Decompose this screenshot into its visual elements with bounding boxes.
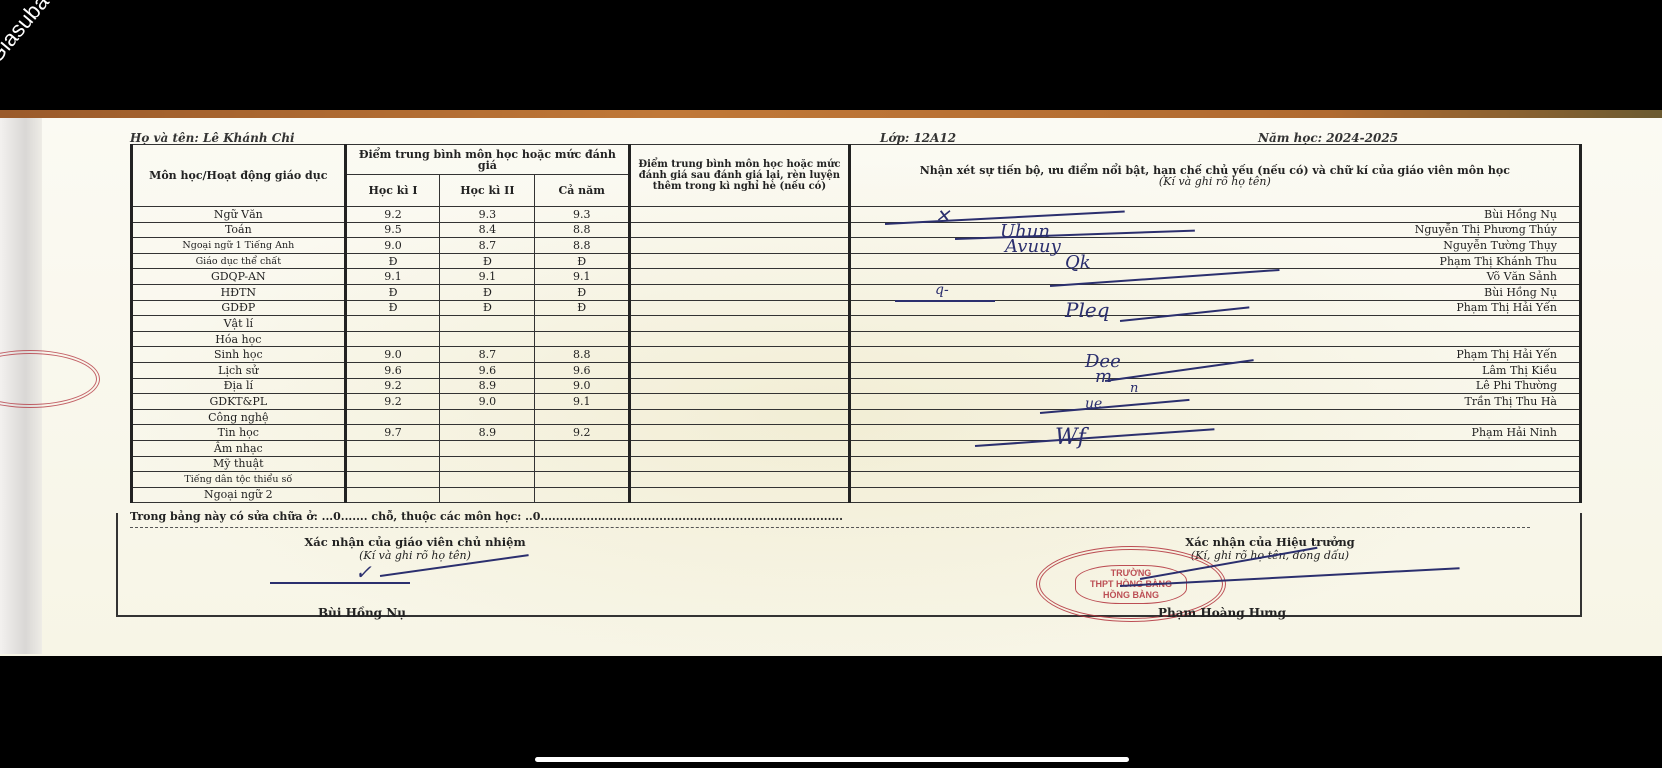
score-retest [630, 284, 850, 300]
score-hk2: 9.1 [440, 269, 535, 285]
score-hk2: 8.7 [440, 238, 535, 254]
score-year: 9.1 [535, 394, 630, 410]
teacher-name: Bùi Hồng Nụ [849, 284, 1580, 300]
score-hk1 [345, 472, 440, 488]
bottom-black-bar [0, 656, 1662, 768]
subject-name: Mỹ thuật [132, 456, 346, 472]
score-hk1: 9.7 [345, 425, 440, 441]
score-retest [630, 207, 850, 223]
score-hk2: Đ [440, 284, 535, 300]
teacher-name [849, 409, 1580, 425]
table-row: Mỹ thuật [132, 456, 1581, 472]
subject-name: Âm nhạc [132, 440, 346, 456]
score-retest [630, 440, 850, 456]
score-retest [630, 394, 850, 410]
score-hk1: 9.1 [345, 269, 440, 285]
subject-name: Địa lí [132, 378, 346, 394]
score-retest [630, 269, 850, 285]
score-retest [630, 487, 850, 503]
top-black-bar [0, 0, 1662, 112]
score-hk2: 9.0 [440, 394, 535, 410]
score-hk2 [440, 316, 535, 332]
score-year [535, 472, 630, 488]
header-average-group: Điểm trung bình môn học hoặc mức đánh gi… [345, 145, 630, 175]
score-hk2 [440, 456, 535, 472]
teacher-name: Trần Thị Thu Hà [849, 394, 1580, 410]
table-row: GDKT&PL 9.2 9.0 9.1 Trần Thị Thu Hà [132, 394, 1581, 410]
subject-name: Hóa học [132, 331, 346, 347]
table-row: Toán 9.5 8.4 8.8 Nguyễn Thị Phương Thúy [132, 222, 1581, 238]
table-row: Tiếng dân tộc thiểu số [132, 472, 1581, 488]
table-row: Giáo dục thể chất Đ Đ Đ Phạm Thị Khánh T… [132, 253, 1581, 269]
score-hk2: 8.4 [440, 222, 535, 238]
score-hk2: 8.7 [440, 347, 535, 363]
subject-name: GDĐP [132, 300, 346, 316]
score-hk2: 9.3 [440, 207, 535, 223]
table-row: GDĐP Đ Đ Đ Phạm Thị Hải Yến [132, 300, 1581, 316]
score-year: 9.0 [535, 378, 630, 394]
score-year: 8.8 [535, 238, 630, 254]
teacher-name [849, 487, 1580, 503]
signature-stroke [895, 300, 995, 302]
score-year: 9.2 [535, 425, 630, 441]
score-year: 9.6 [535, 362, 630, 378]
score-hk2: 8.9 [440, 378, 535, 394]
teacher-name: Võ Văn Sảnh [849, 269, 1580, 285]
score-retest [630, 331, 850, 347]
score-year: Đ [535, 300, 630, 316]
stamp-line-1: TRƯỜNG [1090, 568, 1172, 579]
teacher-name: Phạm Thị Hải Yến [849, 347, 1580, 363]
score-hk1: 9.2 [345, 378, 440, 394]
table-row: Công nghệ [132, 409, 1581, 425]
score-hk2 [440, 409, 535, 425]
score-year: 9.3 [535, 207, 630, 223]
table-row: HĐTN Đ Đ Đ Bùi Hồng Nụ [132, 284, 1581, 300]
table-row: Lịch sử 9.6 9.6 9.6 Lâm Thị Kiều [132, 362, 1581, 378]
score-hk2 [440, 472, 535, 488]
teacher-name: Phạm Thị Hải Yến [849, 300, 1580, 316]
table-row: Âm nhạc [132, 440, 1581, 456]
score-hk2: Đ [440, 253, 535, 269]
subject-name: Công nghệ [132, 409, 346, 425]
header-subject: Môn học/Hoạt động giáo dục [132, 145, 346, 207]
score-hk2: 9.6 [440, 362, 535, 378]
score-year [535, 487, 630, 503]
subject-name: Ngoại ngữ 2 [132, 487, 346, 503]
homeroom-teacher-name: Bùi Hồng Nụ [318, 606, 406, 620]
table-edge [0, 110, 1662, 118]
subject-name: GDKT&PL [132, 394, 346, 410]
score-retest [630, 378, 850, 394]
score-retest [630, 238, 850, 254]
header-retest: Điểm trung bình môn học hoặc mức đánh gi… [630, 145, 850, 207]
teacher-name [849, 331, 1580, 347]
subject-name: Ngữ Văn [132, 207, 346, 223]
subject-name: Sinh học [132, 347, 346, 363]
score-hk1: Đ [345, 253, 440, 269]
score-retest [630, 456, 850, 472]
teacher-name [849, 472, 1580, 488]
subject-name: Lịch sử [132, 362, 346, 378]
score-retest [630, 472, 850, 488]
score-hk2 [440, 487, 535, 503]
score-hk1 [345, 316, 440, 332]
header-comment-text: Nhận xét sự tiến bộ, ưu điểm nổi bật, hạ… [855, 165, 1575, 176]
score-hk1 [345, 456, 440, 472]
confirmation-section [116, 513, 1582, 617]
score-hk1: 9.2 [345, 394, 440, 410]
class-label: Lớp: 12A12 [880, 131, 956, 145]
score-retest [630, 425, 850, 441]
stamp-line-3: HỒNG BÀNG [1090, 590, 1172, 601]
corrections-note: Trong bảng này có sửa chữa ở: ...0......… [130, 510, 1530, 528]
header-full-year: Cả năm [535, 175, 630, 207]
table-row: Ngoại ngữ 2 [132, 487, 1581, 503]
table-row: Tin học 9.7 8.9 9.2 Phạm Hải Ninh [132, 425, 1581, 441]
header-semester-2: Học kì II [440, 175, 535, 207]
table-row: Vật lí [132, 316, 1581, 332]
table-row: Ngữ Văn 9.2 9.3 9.3 Bùi Hồng Nụ [132, 207, 1581, 223]
score-retest [630, 222, 850, 238]
score-year: 9.1 [535, 269, 630, 285]
score-retest [630, 300, 850, 316]
header-comment: Nhận xét sự tiến bộ, ưu điểm nổi bật, hạ… [849, 145, 1580, 207]
score-hk2 [440, 440, 535, 456]
score-year [535, 331, 630, 347]
score-year: Đ [535, 284, 630, 300]
score-year [535, 316, 630, 332]
school-year: Năm học: 2024-2025 [1258, 131, 1398, 145]
score-hk2 [440, 331, 535, 347]
score-retest [630, 316, 850, 332]
teacher-name [849, 440, 1580, 456]
score-hk1 [345, 409, 440, 425]
subject-name: Tiếng dân tộc thiểu số [132, 472, 346, 488]
table-row: Ngoại ngữ 1 Tiếng Anh 9.0 8.7 8.8 Nguyễn… [132, 238, 1581, 254]
score-hk1: Đ [345, 300, 440, 316]
table-row: Địa lí 9.2 8.9 9.0 Lê Phi Thường [132, 378, 1581, 394]
teacher-name: Nguyễn Thị Phương Thúy [849, 222, 1580, 238]
subject-name: Ngoại ngữ 1 Tiếng Anh [132, 238, 346, 254]
score-hk1 [345, 487, 440, 503]
table-row: Hóa học [132, 331, 1581, 347]
score-hk1: 9.2 [345, 207, 440, 223]
score-retest [630, 253, 850, 269]
score-hk1: 9.0 [345, 347, 440, 363]
header-semester-1: Học kì I [345, 175, 440, 207]
score-hk1: Đ [345, 284, 440, 300]
score-year [535, 456, 630, 472]
score-hk2: 8.9 [440, 425, 535, 441]
score-year [535, 440, 630, 456]
score-year: 8.8 [535, 222, 630, 238]
homeroom-confirmation: Xác nhận của giáo viên chủ nhiệm (Kí và … [170, 535, 660, 562]
score-hk1: 9.6 [345, 362, 440, 378]
subject-name: Giáo dục thể chất [132, 253, 346, 269]
score-hk2: Đ [440, 300, 535, 316]
score-retest [630, 362, 850, 378]
table-row: Sinh học 9.0 8.7 8.8 Phạm Thị Hải Yến [132, 347, 1581, 363]
principal-name: Phạm Hoàng Hưng [1158, 606, 1286, 620]
teacher-name: Phạm Hải Ninh [849, 425, 1580, 441]
score-year: 8.8 [535, 347, 630, 363]
grades-table: Môn học/Hoạt động giáo dục Điểm trung bì… [130, 144, 1582, 503]
score-hk1 [345, 331, 440, 347]
subject-name: Tin học [132, 425, 346, 441]
score-retest [630, 409, 850, 425]
score-year [535, 409, 630, 425]
teacher-name: Lê Phi Thường [849, 378, 1580, 394]
teacher-name: Phạm Thị Khánh Thu [849, 253, 1580, 269]
table-row: GDQP-AN 9.1 9.1 9.1 Võ Văn Sảnh [132, 269, 1581, 285]
subject-name: HĐTN [132, 284, 346, 300]
score-hk1: 9.5 [345, 222, 440, 238]
header-comment-note: (Kí và ghi rõ họ tên) [855, 176, 1575, 187]
teacher-name: Nguyễn Tường Thụy [849, 238, 1580, 254]
signature-stroke [270, 582, 410, 584]
student-name: Họ và tên: Lê Khánh Chi [130, 131, 295, 145]
home-indicator[interactable] [535, 757, 1129, 762]
score-year: Đ [535, 253, 630, 269]
subject-name: Toán [132, 222, 346, 238]
homeroom-title: Xác nhận của giáo viên chủ nhiệm [170, 535, 660, 549]
subject-name: GDQP-AN [132, 269, 346, 285]
teacher-name [849, 316, 1580, 332]
score-retest [630, 347, 850, 363]
homeroom-note: (Kí và ghi rõ họ tên) [170, 549, 660, 562]
subject-name: Vật lí [132, 316, 346, 332]
score-hk1: 9.0 [345, 238, 440, 254]
score-hk1 [345, 440, 440, 456]
teacher-name [849, 456, 1580, 472]
